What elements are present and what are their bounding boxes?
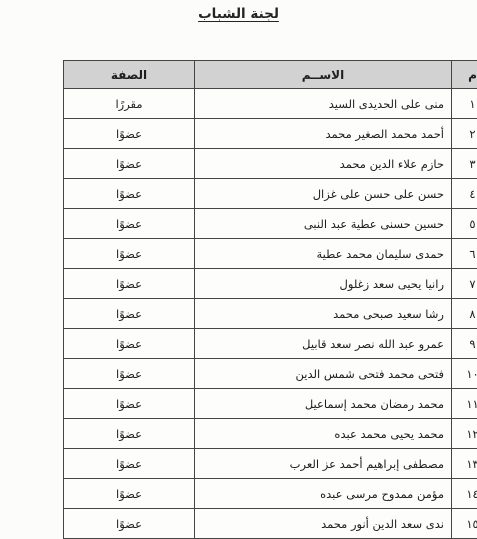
member-name: رشا سعيد صبحى محمد — [195, 299, 452, 329]
table-row: ٩عمرو عبد الله نصر سعد قابيلعضوًا — [64, 329, 477, 359]
row-number: ٥ — [452, 209, 477, 239]
row-number: ١٤ — [452, 479, 477, 509]
table-row: ٢أحمد محمد الصغير محمدعضوًا — [64, 119, 477, 149]
table-row: ١منى على الحديدى السيدمقررًا — [64, 89, 477, 119]
row-number: ١ — [452, 89, 477, 119]
row-number: ٨ — [452, 299, 477, 329]
member-name: حازم علاء الدين محمد — [195, 149, 452, 179]
row-number: ٦ — [452, 239, 477, 269]
header-name: الاســم — [195, 61, 452, 89]
header-number: م — [452, 61, 477, 89]
member-role: عضوًا — [64, 209, 195, 239]
member-name: أحمد محمد الصغير محمد — [195, 119, 452, 149]
table-row: ١٠فتحى محمد فتحى شمس الدينعضوًا — [64, 359, 477, 389]
table-body: ١منى على الحديدى السيدمقررًا٢أحمد محمد ا… — [64, 89, 477, 539]
table-row: ١٢محمد يحيى محمد عبدهعضوًا — [64, 419, 477, 449]
member-name: ندى سعد الدين أنور محمد — [195, 509, 452, 539]
member-role: عضوًا — [64, 299, 195, 329]
member-role: مقررًا — [64, 89, 195, 119]
member-role: عضوًا — [64, 359, 195, 389]
header-role: الصفة — [64, 61, 195, 89]
row-number: ١١ — [452, 389, 477, 419]
member-role: عضوًا — [64, 119, 195, 149]
table-row: ١١محمد رمضان محمد إسماعيلعضوًا — [64, 389, 477, 419]
table-row: ١٥ندى سعد الدين أنور محمدعضوًا — [64, 509, 477, 539]
table-row: ٤حسن على حسن على غزالعضوًا — [64, 179, 477, 209]
member-role: عضوًا — [64, 269, 195, 299]
table-row: ٥حسين حسنى عطية عبد النبىعضوًا — [64, 209, 477, 239]
table-row: ٨رشا سعيد صبحى محمدعضوًا — [64, 299, 477, 329]
row-number: ١٢ — [452, 419, 477, 449]
member-role: عضوًا — [64, 449, 195, 479]
row-number: ٣ — [452, 149, 477, 179]
member-name: مؤمن ممدوح مرسى عبده — [195, 479, 452, 509]
row-number: ١٠ — [452, 359, 477, 389]
member-role: عضوًا — [64, 149, 195, 179]
member-name: حمدى سليمان محمد عطية — [195, 239, 452, 269]
member-role: عضوًا — [64, 509, 195, 539]
member-name: عمرو عبد الله نصر سعد قابيل — [195, 329, 452, 359]
table-header: م الاســم الصفة — [64, 61, 477, 89]
table-row: ١٣مصطفى إبراهيم أحمد عز العربعضوًا — [64, 449, 477, 479]
member-name: حسن على حسن على غزال — [195, 179, 452, 209]
member-name: فتحى محمد فتحى شمس الدين — [195, 359, 452, 389]
row-number: ١٥ — [452, 509, 477, 539]
row-number: ١٣ — [452, 449, 477, 479]
member-role: عضوًا — [64, 479, 195, 509]
page-title: لجنة الشباب — [0, 6, 477, 22]
member-name: محمد يحيى محمد عبده — [195, 419, 452, 449]
member-role: عضوًا — [64, 389, 195, 419]
committee-table: م الاســم الصفة ١منى على الحديدى السيدمق… — [63, 60, 477, 539]
member-name: محمد رمضان محمد إسماعيل — [195, 389, 452, 419]
row-number: ٧ — [452, 269, 477, 299]
member-name: مصطفى إبراهيم أحمد عز العرب — [195, 449, 452, 479]
table-row: ٣حازم علاء الدين محمدعضوًا — [64, 149, 477, 179]
table-row: ٧رانيا يحيى سعد زغلولعضوًا — [64, 269, 477, 299]
table-row: ١٤مؤمن ممدوح مرسى عبدهعضوًا — [64, 479, 477, 509]
row-number: ٩ — [452, 329, 477, 359]
member-role: عضوًا — [64, 329, 195, 359]
member-name: حسين حسنى عطية عبد النبى — [195, 209, 452, 239]
member-role: عضوًا — [64, 179, 195, 209]
table-header-row: م الاســم الصفة — [64, 61, 477, 89]
member-role: عضوًا — [64, 239, 195, 269]
table-row: ٦حمدى سليمان محمد عطيةعضوًا — [64, 239, 477, 269]
member-role: عضوًا — [64, 419, 195, 449]
row-number: ٢ — [452, 119, 477, 149]
member-name: رانيا يحيى سعد زغلول — [195, 269, 452, 299]
member-name: منى على الحديدى السيد — [195, 89, 452, 119]
row-number: ٤ — [452, 179, 477, 209]
